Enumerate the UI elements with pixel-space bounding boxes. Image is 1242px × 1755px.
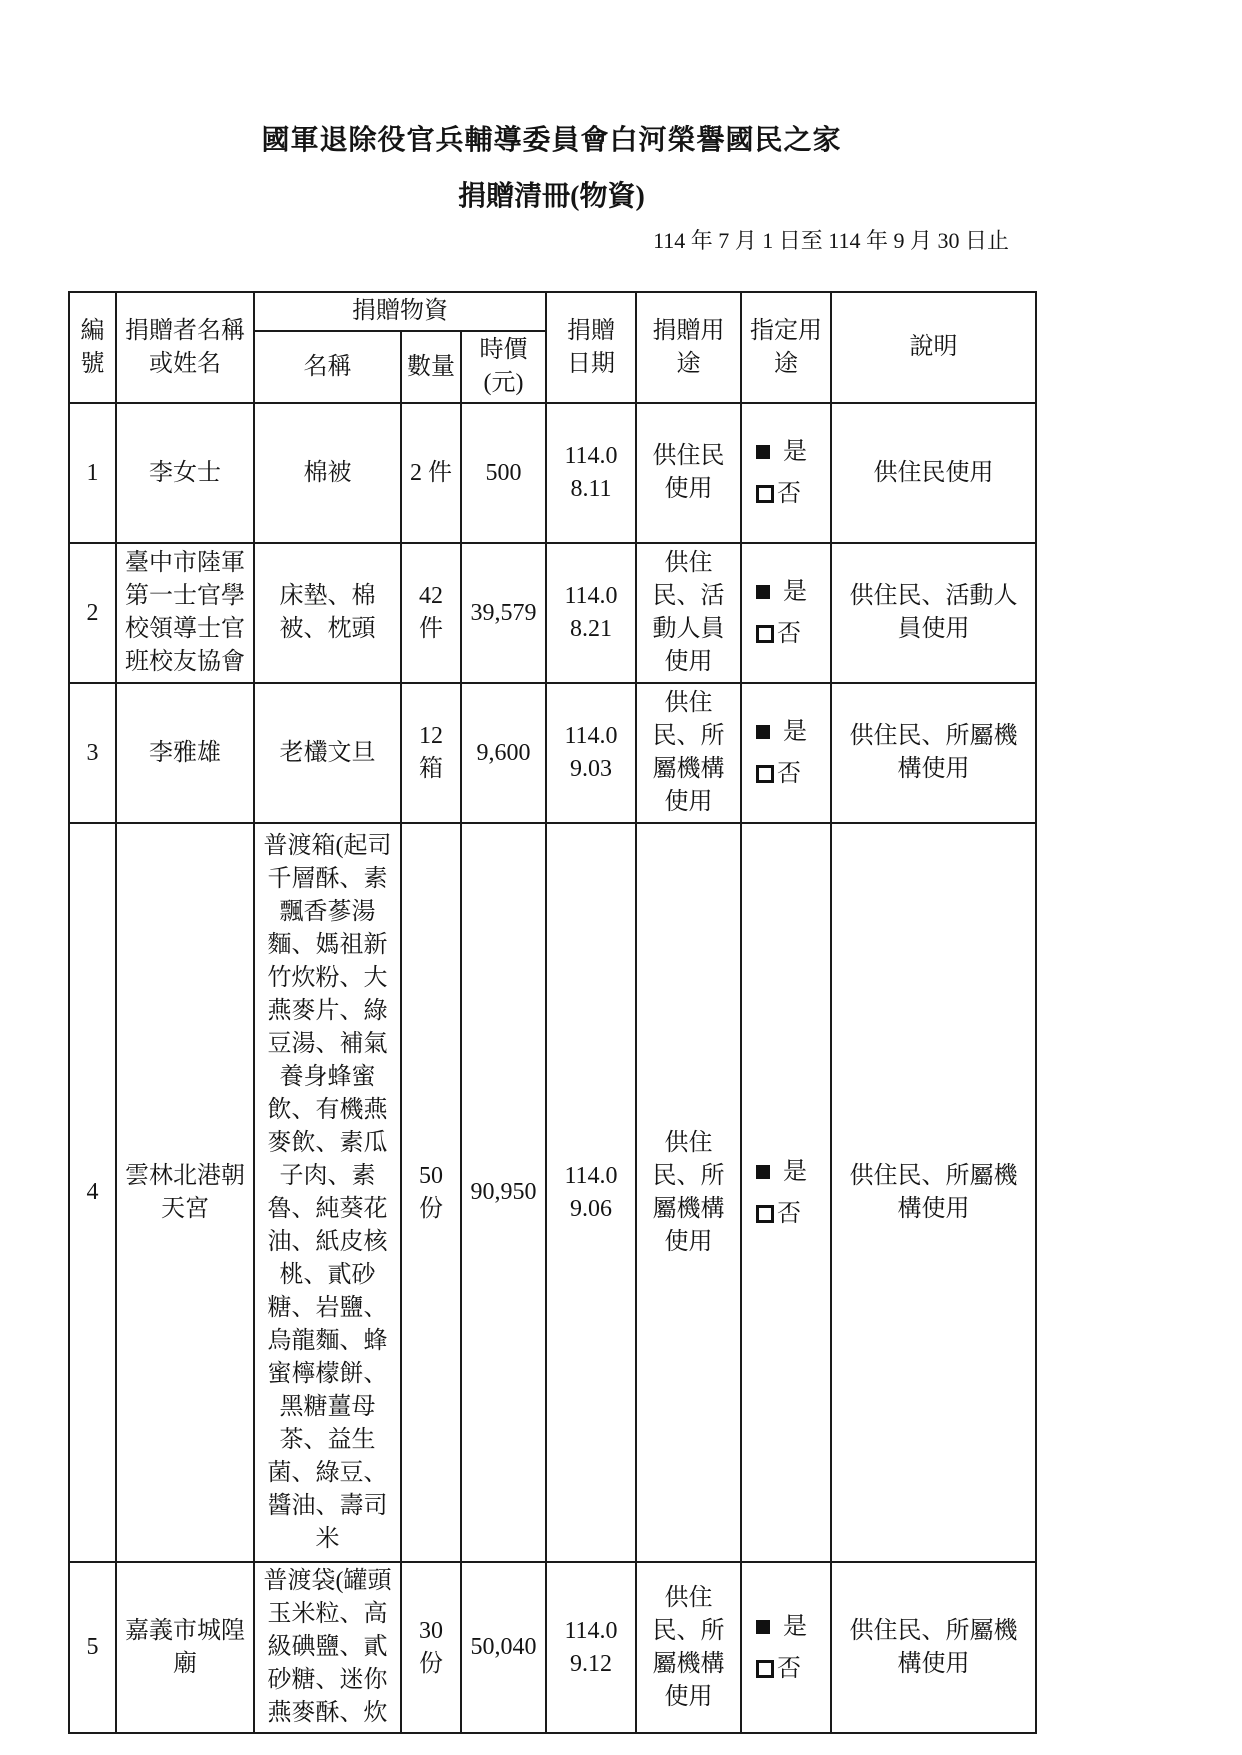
price-cell: 9,600 [461,683,546,823]
note-cell: 供住民、活動人 員使用 [831,543,1036,683]
designated-no-label: 否 [777,481,801,507]
designated-options: 是 否 [744,579,828,647]
designated-no-label: 否 [777,1656,801,1682]
checked-box-icon [756,585,770,599]
designated-cell: 是 否 [741,683,831,823]
header-quantity: 數量 [401,331,461,403]
header-unit-price: 時價 (元) [461,331,546,403]
quantity-cell: 42 件 [401,543,461,683]
quantity-cell: 50 份 [401,823,461,1562]
donor-name-cell: 李雅雄 [116,683,254,823]
designated-yes-option: 是 [756,439,807,465]
header-item-name: 名稱 [254,331,401,403]
purpose-cell: 供住 民、所 屬機構 使用 [636,683,741,823]
date-cell: 114.0 8.21 [546,543,636,683]
unchecked-box-icon [756,485,774,503]
note-cell: 供住民使用 [831,403,1036,543]
item-name-cell: 老欉文旦 [254,683,401,823]
price-cell: 50,040 [461,1562,546,1733]
unchecked-box-icon [756,765,774,783]
purpose-cell: 供住民 使用 [636,403,741,543]
scanned-document-page: 國軍退除役官兵輔導委員會白河榮譽國民之家 捐贈清冊(物資) 114 年 7 月 … [0,0,1242,1755]
purpose-cell: 供住 民、所 屬機構 使用 [636,823,741,1562]
unchecked-box-icon [756,1660,774,1678]
designated-yes-option: 是 [756,1159,807,1185]
designated-no-option: 否 [756,1656,801,1682]
designated-no-label: 否 [777,1201,801,1227]
designated-options: 是 否 [744,1159,828,1227]
row-number-cell: 1 [69,403,116,543]
note-cell: 供住民、所屬機 構使用 [831,1562,1036,1733]
checked-box-icon [756,1620,770,1634]
designated-cell: 是 否 [741,543,831,683]
designated-no-option: 否 [756,621,801,647]
header-donation-date: 捐贈 日期 [546,292,636,403]
donation-table: 編 號 捐贈者名稱 或姓名 捐贈物資 捐贈 日期 捐贈用 途 指定用 途 說明 … [68,291,1037,1734]
designated-yes-label: 是 [783,579,807,605]
designated-yes-label: 是 [783,1614,807,1640]
unchecked-box-icon [756,1205,774,1223]
designated-cell: 是 否 [741,1562,831,1733]
designated-options: 是 否 [744,439,828,507]
document-body: 國軍退除役官兵輔導委員會白河榮譽國民之家 捐贈清冊(物資) 114 年 7 月 … [68,0,1035,1734]
checked-box-icon [756,445,770,459]
item-name-cell: 床墊、棉 被、枕頭 [254,543,401,683]
header-note: 說明 [831,292,1036,403]
donor-name-cell: 李女士 [116,403,254,543]
table-row: 5 嘉義市城隍 廟 普渡袋(罐頭 玉米粒、高 級碘鹽、貳 砂糖、迷你 燕麥酥、炊… [69,1562,1036,1733]
designated-yes-label: 是 [783,439,807,465]
designated-yes-option: 是 [756,1614,807,1640]
designated-no-option: 否 [756,1201,801,1227]
header-goods-group: 捐贈物資 [254,292,546,331]
note-cell: 供住民、所屬機 構使用 [831,683,1036,823]
item-name-cell: 棉被 [254,403,401,543]
date-cell: 114.0 8.11 [546,403,636,543]
designated-options: 是 否 [744,1614,828,1682]
quantity-cell: 2 件 [401,403,461,543]
report-period: 114 年 7 月 1 日至 114 年 9 月 30 日止 [68,224,1035,255]
designated-yes-label: 是 [783,1159,807,1185]
quantity-cell: 12 箱 [401,683,461,823]
designated-no-label: 否 [777,621,801,647]
price-cell: 500 [461,403,546,543]
price-cell: 90,950 [461,823,546,1562]
purpose-cell: 供住 民、所 屬機構 使用 [636,1562,741,1733]
designated-no-option: 否 [756,761,801,787]
date-cell: 114.0 9.03 [546,683,636,823]
table-row: 2 臺中市陸軍 第一士官學 校領導士官 班校友協會 床墊、棉 被、枕頭 42 件… [69,543,1036,683]
designated-yes-label: 是 [783,719,807,745]
table-row: 4 雲林北港朝 天宮 普渡箱(起司 千層酥、素 飄香蔘湯 麵、媽祖新 竹炊粉、大… [69,823,1036,1562]
row-number-cell: 2 [69,543,116,683]
document-title: 國軍退除役官兵輔導委員會白河榮譽國民之家 [68,118,1035,158]
purpose-cell: 供住 民、活 動人員 使用 [636,543,741,683]
designated-yes-option: 是 [756,579,807,605]
date-cell: 114.0 9.12 [546,1562,636,1733]
item-name-cell: 普渡箱(起司 千層酥、素 飄香蔘湯 麵、媽祖新 竹炊粉、大 燕麥片、綠 豆湯、補… [254,823,401,1562]
note-cell: 供住民、所屬機 構使用 [831,823,1036,1562]
designated-cell: 是 否 [741,823,831,1562]
table-row: 3 李雅雄 老欉文旦 12 箱 9,600 114.0 9.03 供住 民、所 … [69,683,1036,823]
checked-box-icon [756,725,770,739]
donor-name-cell: 臺中市陸軍 第一士官學 校領導士官 班校友協會 [116,543,254,683]
donor-name-cell: 雲林北港朝 天宮 [116,823,254,1562]
header-donor: 捐贈者名稱 或姓名 [116,292,254,403]
header-designated-purpose: 指定用 途 [741,292,831,403]
table-row: 1 李女士 棉被 2 件 500 114.0 8.11 供住民 使用 是 [69,403,1036,543]
row-number-cell: 3 [69,683,116,823]
designated-no-option: 否 [756,481,801,507]
donor-name-cell: 嘉義市城隍 廟 [116,1562,254,1733]
price-cell: 39,579 [461,543,546,683]
checked-box-icon [756,1165,770,1179]
unchecked-box-icon [756,625,774,643]
quantity-cell: 30 份 [401,1562,461,1733]
designated-cell: 是 否 [741,403,831,543]
designated-yes-option: 是 [756,719,807,745]
header-donation-purpose: 捐贈用 途 [636,292,741,403]
document-subtitle: 捐贈清冊(物資) [68,174,1035,214]
header-no: 編 號 [69,292,116,403]
designated-options: 是 否 [744,719,828,787]
date-cell: 114.0 9.06 [546,823,636,1562]
row-number-cell: 5 [69,1562,116,1733]
designated-no-label: 否 [777,761,801,787]
item-name-cell: 普渡袋(罐頭 玉米粒、高 級碘鹽、貳 砂糖、迷你 燕麥酥、炊 [254,1562,401,1733]
row-number-cell: 4 [69,823,116,1562]
